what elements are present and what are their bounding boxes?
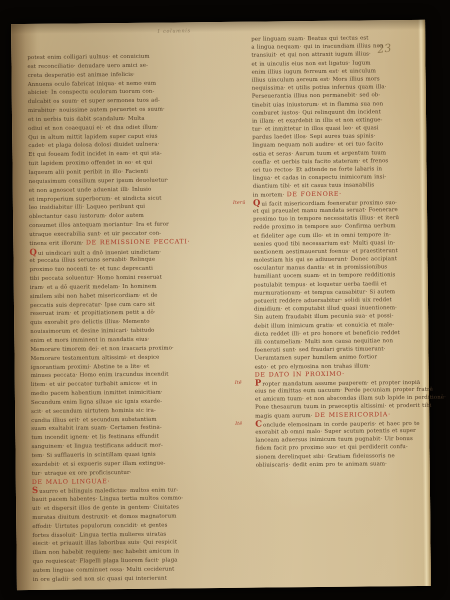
- chapter-rubric: DE REMISSIONE PECCATI·: [86, 238, 190, 246]
- manuscript-text-line: obliuiscaris· dedit enim pro te animam s…: [256, 460, 432, 470]
- chapter-rubric: DE MISERICORDIA·: [315, 411, 391, 419]
- margin-annotation: Itē: [235, 380, 242, 388]
- manuscript-page: 1 columnis 23 potest enim colligari uuln…: [11, 20, 431, 590]
- header-inscription: 1 columnis: [157, 28, 191, 35]
- chapter-rubric: DE DATO IN PROXIMO·: [255, 370, 345, 378]
- chapter-rubric: DE FOENORE·: [287, 190, 342, 198]
- text-column-left: potest enim colligari uulnus· et conuici…: [27, 52, 241, 585]
- photo-background: 1 columnis 23 potest enim colligari uuln…: [0, 0, 450, 600]
- manuscript-text-line: in ore gladii· sed non sic quasi qui int…: [33, 574, 241, 585]
- margin-annotation: Itē: [235, 421, 242, 429]
- initial-letter: S: [32, 486, 39, 496]
- margin-annotation: Iterū: [233, 199, 246, 207]
- chapter-rubric: DE MALO LINGUAE·: [32, 478, 110, 486]
- initial-letter: Q: [29, 247, 38, 257]
- text-column-right: per linguam suam· Beatus qui tectus esta…: [251, 34, 432, 470]
- page-top-shadow: [11, 20, 425, 34]
